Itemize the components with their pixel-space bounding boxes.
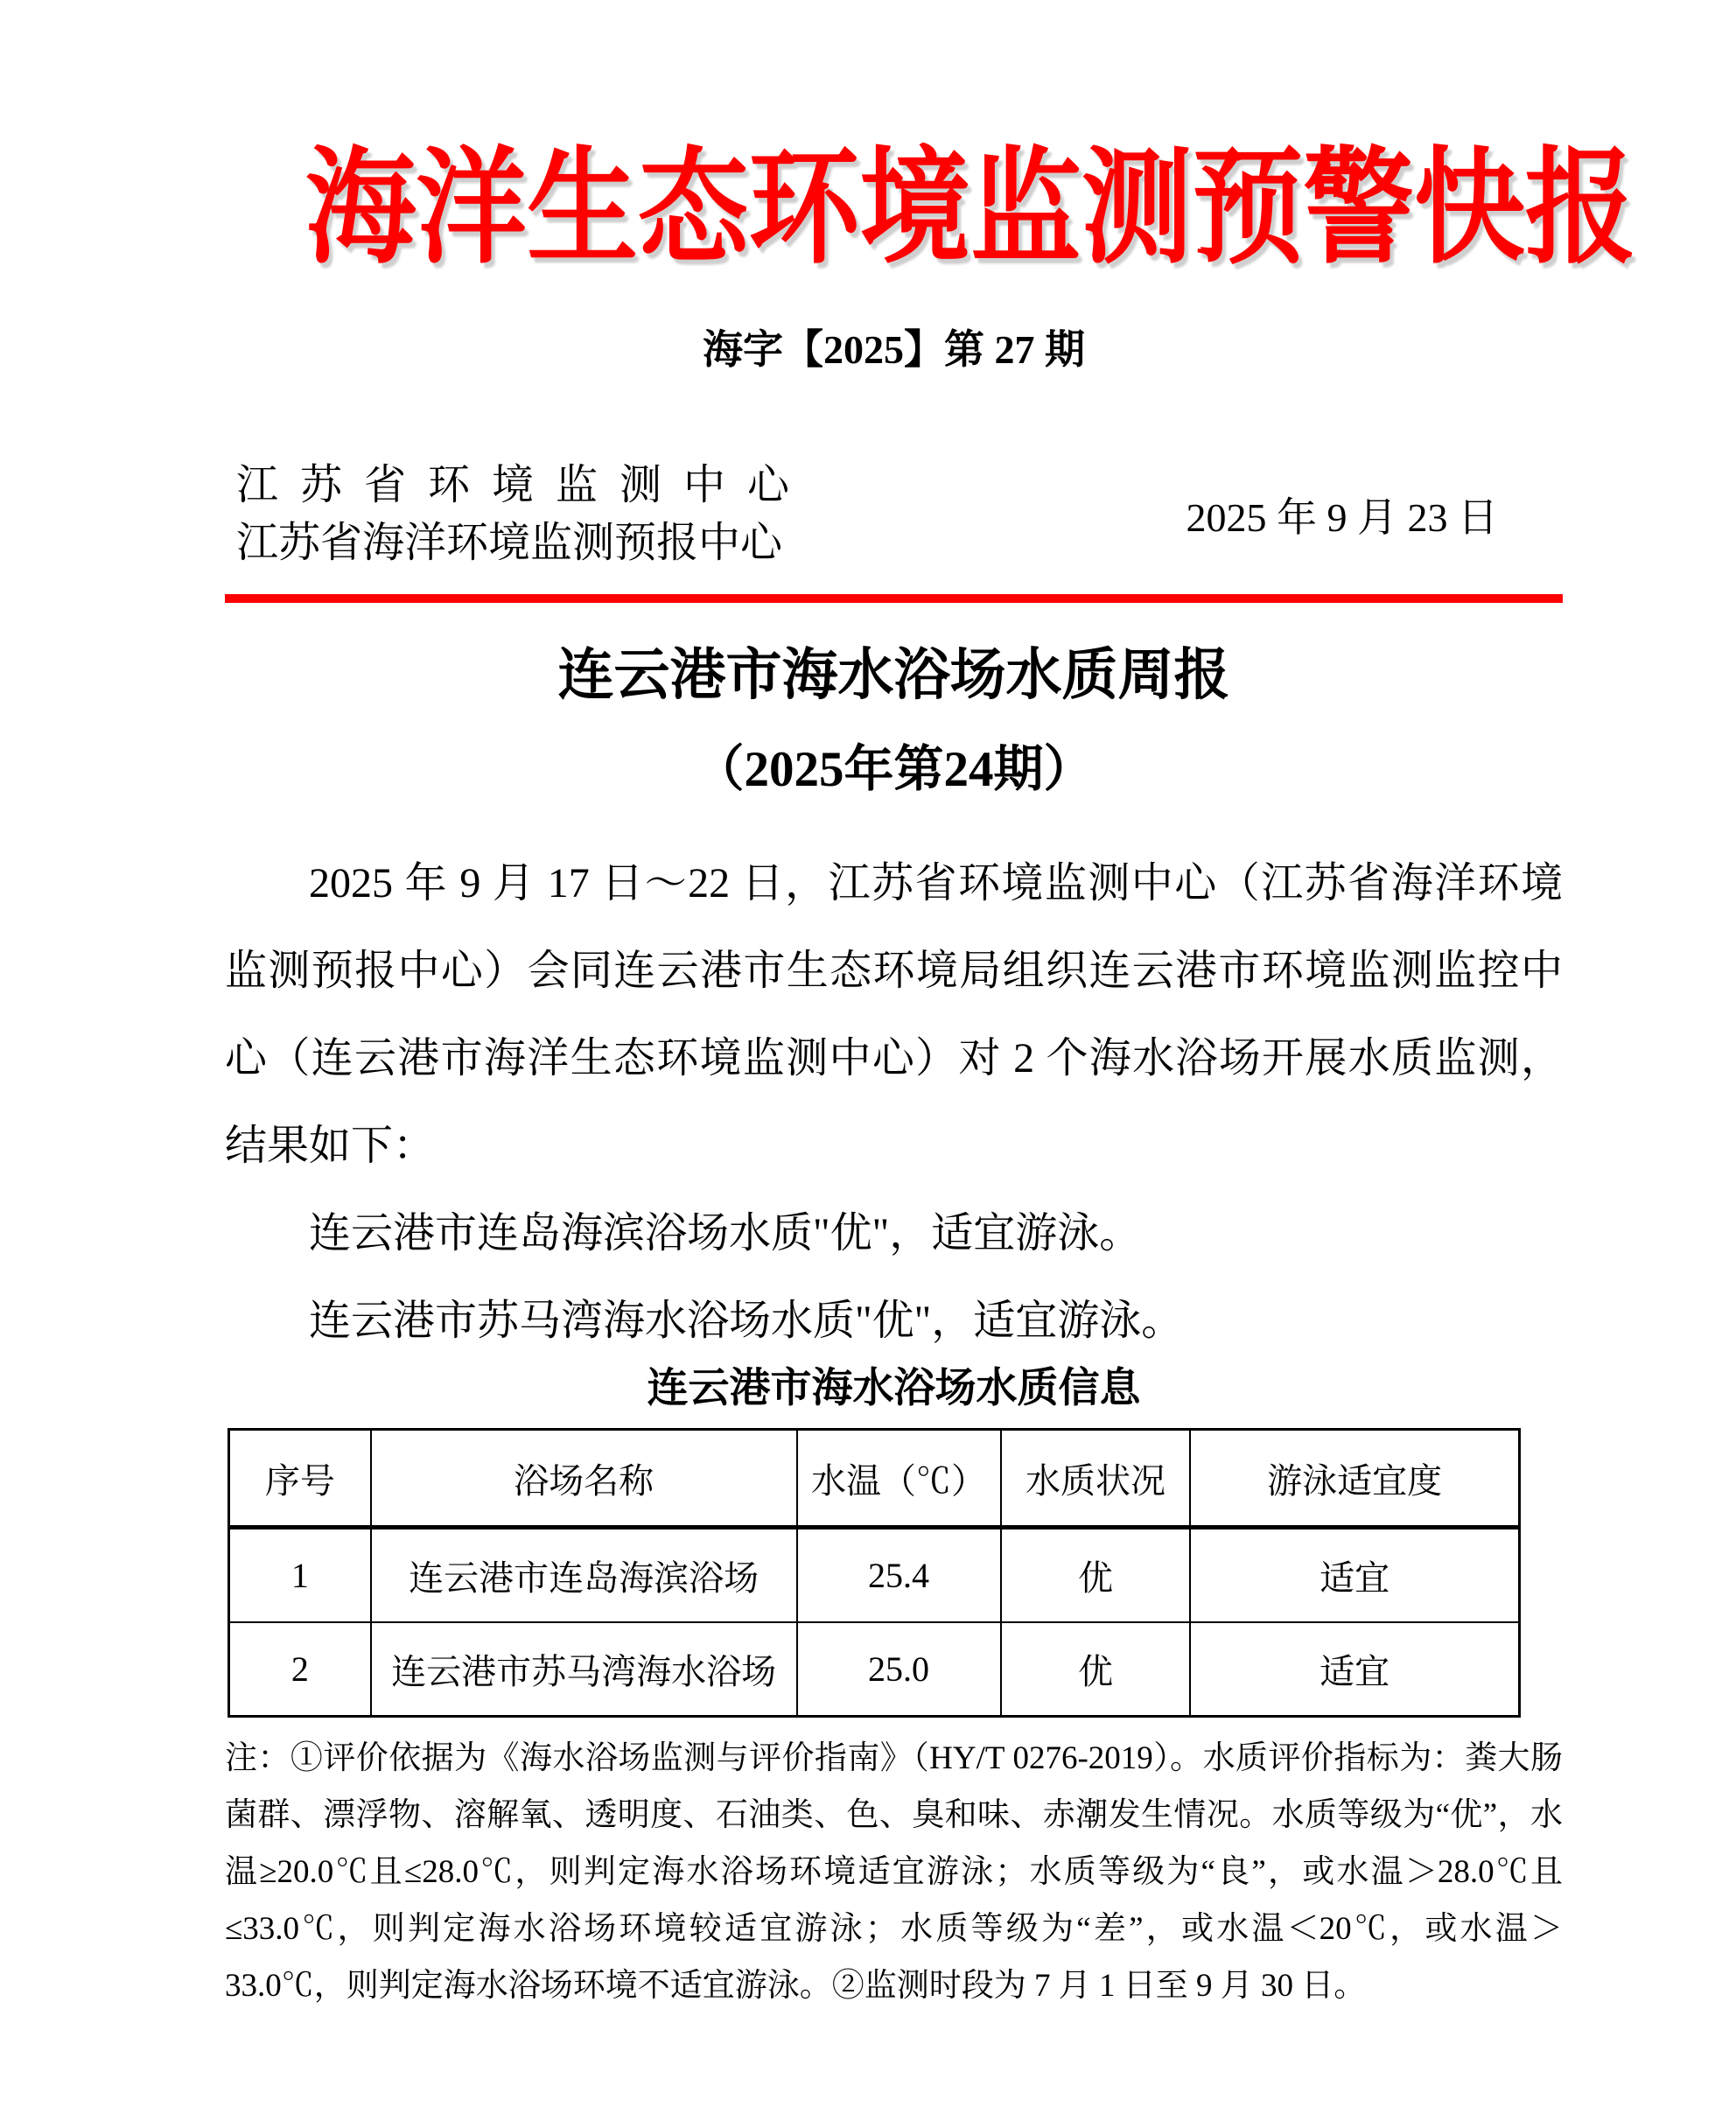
masthead-divider-rule — [225, 594, 1563, 603]
issue-number-line: 海字【2025】第 27 期 — [225, 325, 1563, 374]
cell-index: 1 — [229, 1528, 371, 1622]
col-header-water-temp: 水温（℃） — [797, 1430, 1001, 1528]
cell-water-temp: 25.4 — [797, 1528, 1001, 1622]
cell-water-quality: 优 — [1001, 1528, 1191, 1622]
report-body: 连云港市海水浴场水质周报 （2025年第24期） 2025 年 9 月 17 日… — [225, 643, 1563, 2014]
cell-swim-suitability: 适宜 — [1190, 1528, 1519, 1622]
issuing-org-primary: 江苏省环境监测中心 — [236, 457, 789, 514]
col-header-swim-suitability: 游泳适宜度 — [1190, 1430, 1519, 1528]
cell-water-temp: 25.0 — [797, 1622, 1001, 1717]
org-date-row: 江苏省环境监测中心 江苏省海洋环境监测预报中心 2025 年 9 月 23 日 — [225, 457, 1563, 572]
cell-water-quality: 优 — [1001, 1622, 1191, 1717]
table-title: 连云港市海水浴场水质信息 — [225, 1365, 1563, 1412]
masthead: 海洋生态环境监测预警快报 海字【2025】第 27 期 江苏省环境监测中心 江苏… — [225, 147, 1563, 603]
report-paragraph: 2025 年 9 月 17 日～22 日，江苏省环境监测中心（江苏省海洋环境监测… — [225, 840, 1563, 1190]
table-row: 2 连云港市苏马湾海水浴场 25.0 优 适宜 — [229, 1622, 1520, 1717]
footnote: 注：①评价依据为《海水浴场监测与评价指南》（HY/T 0276-2019）。水质… — [225, 1730, 1563, 2014]
cell-index: 2 — [229, 1622, 371, 1717]
water-quality-table: 序号 浴场名称 水温（℃） 水质状况 游泳适宜度 1 连云港市连岛海滨浴场 25… — [227, 1428, 1521, 1718]
result-line-sumawan: 连云港市苏马湾海水浴场水质"优"，适宜游泳。 — [225, 1277, 1563, 1365]
cell-beach-name: 连云港市苏马湾海水浴场 — [371, 1622, 797, 1717]
report-title: 连云港市海水浴场水质周报 — [225, 643, 1563, 708]
cell-beach-name: 连云港市连岛海滨浴场 — [371, 1528, 797, 1622]
col-header-index: 序号 — [229, 1430, 371, 1528]
cell-swim-suitability: 适宜 — [1190, 1622, 1519, 1717]
col-header-water-quality: 水质状况 — [1001, 1430, 1191, 1528]
document-page: 海洋生态环境监测预警快报 海字【2025】第 27 期 江苏省环境监测中心 江苏… — [0, 0, 1736, 2114]
report-subtitle: （2025年第24期） — [225, 741, 1563, 799]
issue-date: 2025 年 9 月 23 日 — [1186, 486, 1499, 543]
table-row: 1 连云港市连岛海滨浴场 25.4 优 适宜 — [229, 1528, 1520, 1622]
bulletin-masthead-title: 海洋生态环境监测预警快报 — [305, 147, 1483, 273]
result-line-liandao: 连云港市连岛海滨浴场水质"优"，适宜游泳。 — [225, 1190, 1563, 1277]
issuing-org-block: 江苏省环境监测中心 江苏省海洋环境监测预报中心 — [236, 457, 789, 572]
issuing-org-secondary: 江苏省海洋环境监测预报中心 — [236, 514, 789, 572]
col-header-beach-name: 浴场名称 — [371, 1430, 797, 1528]
table-header-row: 序号 浴场名称 水温（℃） 水质状况 游泳适宜度 — [229, 1430, 1520, 1528]
